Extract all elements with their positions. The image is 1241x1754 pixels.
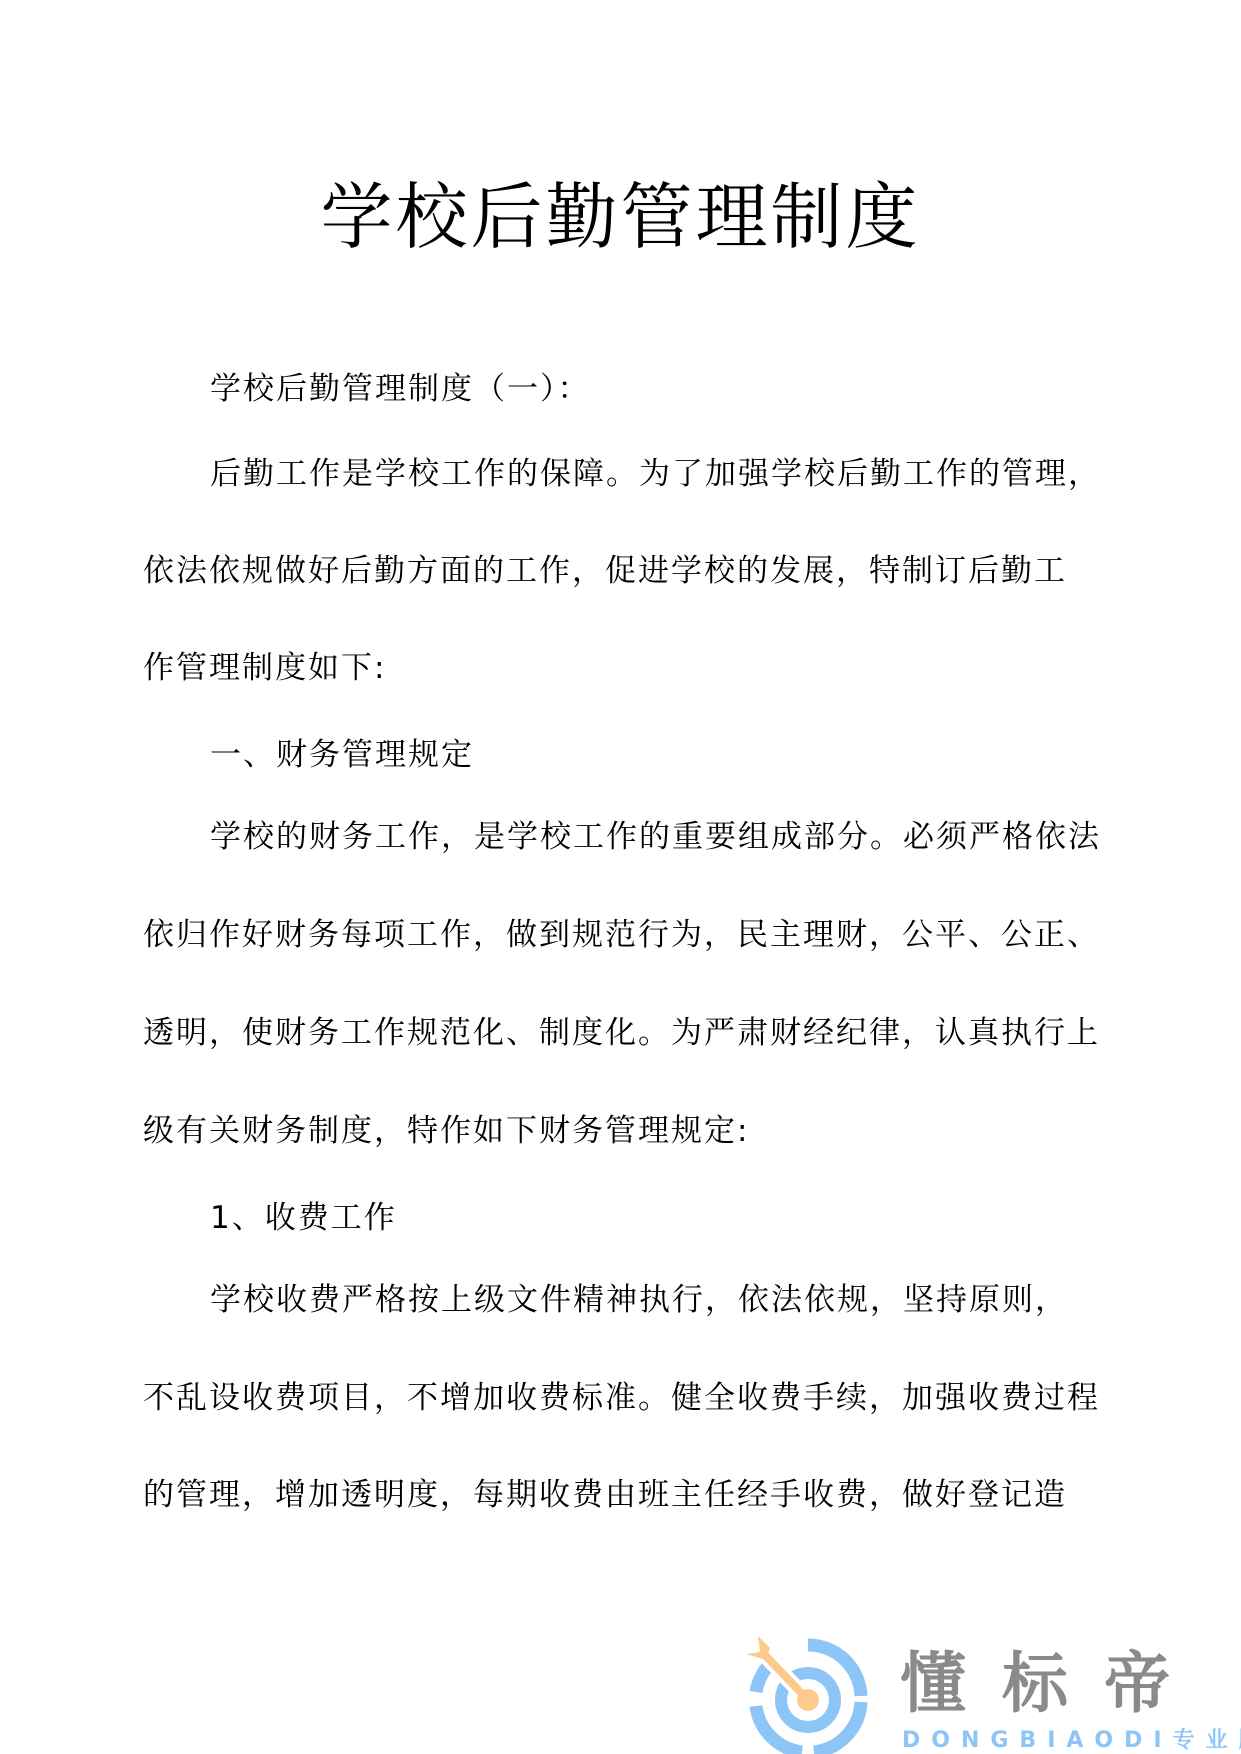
paragraph-line: 后勤工作是学校工作的保障。为了加强学校后勤工作的管理， xyxy=(210,454,1101,494)
section-heading: 一、财务管理规定 xyxy=(210,735,474,775)
brand-name: 懂标帝 xyxy=(900,1648,1206,1720)
paragraph-line: 透明，使财务工作规范化、制度化。为严肃财经纪律，认真执行上 xyxy=(143,1013,1100,1053)
paragraph-line: 作管理制度如下: xyxy=(143,648,386,688)
paragraph-line: 学校的财务工作，是学校工作的重要组成部分。必须严格依法 xyxy=(210,817,1101,857)
paragraph-line: 级有关财务制度，特作如下财务管理规定: xyxy=(143,1111,749,1151)
watermark-logo: 懂标帝 DONGBIAODI专业版 xyxy=(744,1630,1214,1754)
section-heading: 学校后勤管理制度（一）： xyxy=(210,369,591,409)
paragraph-line: 不乱设收费项目，不增加收费标准。健全收费手续，加强收费过程 xyxy=(143,1378,1100,1418)
paragraph-line: 学校收费严格按上级文件精神执行，依法依规，坚持原则， xyxy=(210,1280,1068,1320)
subsection-heading: 1、收费工作 xyxy=(210,1198,397,1238)
brand-subtitle: DONGBIAODI专业版 xyxy=(902,1728,1241,1754)
paragraph-line: 依法依规做好后勤方面的工作，促进学校的发展，特制订后勤工 xyxy=(143,551,1067,591)
paragraph-line: 的管理，增加透明度，每期收费由班主任经手收费，做好登记造 xyxy=(143,1475,1067,1515)
paragraph-line: 依归作好财务每项工作，做到规范行为，民主理财，公平、公正、 xyxy=(143,915,1100,955)
target-arrow-icon xyxy=(744,1630,874,1754)
page-title: 学校后勤管理制度 xyxy=(0,172,1241,262)
